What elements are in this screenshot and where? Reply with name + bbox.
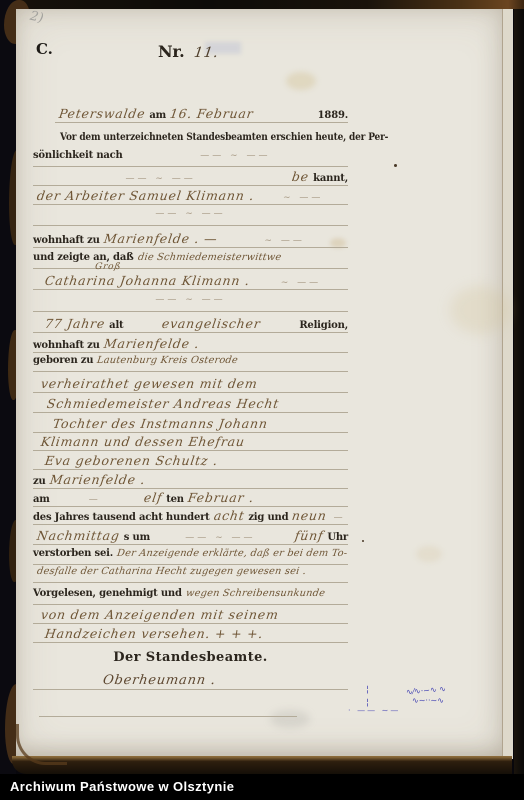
death-date-row: am — elf ten Februar . — [33, 490, 348, 506]
blue-note-underline: · —— ∼— — [348, 706, 400, 715]
intro-line-2: sönlichkeit nach —— ∼ —— — [33, 150, 348, 166]
residence-1: Marienfelde . — — [99, 231, 223, 246]
parents-1: Tochter des Instmanns Johann — [48, 416, 273, 431]
declarant-row: der Arbeiter Samuel Klimann . ∼ —— — [33, 188, 348, 204]
year-tens: acht — [209, 508, 250, 523]
dateline-date: 16. Februar — [165, 106, 259, 121]
marital-row-1: verheirathet gewesen mit dem — [33, 376, 348, 392]
page-edge-crease — [502, 9, 513, 759]
book-bottom-edge — [12, 756, 512, 774]
death-month: Februar . — [183, 490, 259, 505]
record-number-value: 11. — [189, 45, 224, 61]
am-label: am — [33, 494, 50, 505]
registrar-title-row: Der Standesbeamte. — [33, 650, 348, 666]
parents-row-1: Tochter des Instmanns Johann — [33, 416, 348, 432]
form-letter: C. — [36, 40, 53, 58]
wohnhaft-zu-label: wohnhaft zu — [33, 235, 100, 246]
pen-stroke: — — [331, 513, 348, 523]
known-hand: be — [287, 169, 314, 184]
intro-line-1: Vor dem unterzeichneten Standesbeamten e… — [60, 132, 375, 148]
parents-row-2: Klimann und dessen Ehefrau — [33, 434, 348, 450]
registrar-label: Der Standesbeamte. — [113, 650, 267, 665]
blank-row: —— ∼ —— — [33, 295, 348, 311]
religion-value: evangelischer — [157, 316, 266, 331]
pen-stroke: ∼ —— — [258, 193, 348, 203]
ten-label: ten — [166, 494, 184, 505]
age-religion-row: 77 Jahre alt evangelischer Religion, — [33, 316, 348, 332]
ink-speck — [362, 540, 364, 542]
ink-speck — [394, 164, 397, 167]
religion-label: Religion, — [299, 320, 348, 331]
insertion-above-line: Groß — [90, 262, 126, 272]
time-prefix: Nachmittag — [32, 528, 125, 543]
pen-stroke: — — [50, 495, 140, 505]
pen-stroke: —— ∼ —— — [33, 295, 348, 305]
archived-death-record-scan: 2) C. Nr. 11. Peterswalde am 16. Februar… — [0, 0, 524, 800]
witness-statement-2: desfalle der Catharina Hecht zugegen gew… — [32, 566, 311, 577]
pen-stroke: ∼ —— — [221, 236, 348, 246]
marital-status-2: Schmiedemeister Andreas Hecht — [42, 396, 284, 411]
page-right-gap — [514, 9, 524, 774]
age-value: 77 Jahre — [40, 316, 110, 331]
mittags-um-label: s um — [124, 532, 150, 543]
registrar-signature: Oberheumann . — [98, 673, 221, 688]
verstorben-label: verstorben sei. — [33, 548, 113, 559]
year-prefix-label: des Jahres tausend acht hundert — [33, 512, 210, 523]
parents-2: Klimann und dessen Ehefrau — [36, 434, 250, 449]
uhr-label: Uhr — [327, 532, 348, 543]
marital-row-2: Schmiedemeister Andreas Hecht — [33, 396, 348, 412]
deceased-name-row: Catharina Johanna Klimann . ∼ —— — [33, 273, 348, 289]
pen-stroke: —— ∼ —— — [123, 151, 348, 161]
birthplace: Lautenburg Kreis Osterode — [93, 355, 243, 366]
archive-caption: Archiwum Państwowe w Olsztynie — [10, 779, 234, 794]
death-time-row: Nachmittag s um —— ∼ —— fünf Uhr — [33, 528, 348, 544]
year-ones: neun — [287, 508, 332, 523]
parents-row-3: Eva geborenen Schultz . — [33, 453, 348, 469]
book-top-edge — [0, 0, 524, 9]
death-place: Marienfelde . — [45, 472, 151, 487]
deceased-name: Catharina Johanna Klimann . — [40, 273, 255, 288]
marital-status-1: verheirathet gewesen mit dem — [36, 376, 263, 391]
birthplace-row: geboren zu Lautenburg Kreis Osterode — [33, 355, 348, 371]
closing-row-3: Handzeichen versehen. + + +. — [33, 626, 348, 642]
residence-row-2: wohnhaft zu Marienfelde . — [33, 336, 348, 352]
died-row: verstorben sei. Der Anzeigende erklärte,… — [33, 548, 348, 564]
known-row: —— ∼ —— be kannt, — [33, 169, 348, 185]
paper-stain — [416, 546, 442, 562]
record-number-label: Nr. — [158, 42, 185, 61]
dateline-year: 1889. — [318, 110, 348, 121]
archive-caption-bar: Archiwum Państwowe w Olsztynie — [0, 774, 524, 800]
signature-row: Oberheumann . — [33, 673, 348, 689]
trailing-blank-line — [39, 700, 297, 716]
paper-stain — [450, 286, 510, 334]
zu-label: zu — [33, 476, 46, 487]
residence-2: Marienfelde . — [99, 336, 205, 351]
record-number: Nr. 11. — [158, 42, 222, 61]
pen-stroke: —— ∼ —— — [33, 209, 348, 219]
dateline-am-label: am — [149, 110, 166, 121]
dateline-place: Peterswalde — [54, 106, 151, 121]
death-place-row: zu Marienfelde . — [33, 472, 348, 488]
witness-row-2: desfalle der Catharina Hecht zugegen gew… — [33, 566, 348, 582]
witness-statement-1: Der Anzeigende erklärte, daß er bei dem … — [112, 548, 352, 559]
closing-row-2: von dem Anzeigenden mit seinem — [33, 607, 348, 623]
blue-tick-mark: ¦ — [366, 685, 369, 695]
closing-hand-2: von dem Anzeigenden mit seinem — [36, 607, 284, 622]
alt-label: alt — [109, 320, 123, 331]
death-day: elf — [139, 490, 168, 505]
zig-und-label: zig und — [248, 512, 288, 523]
pen-stroke: —— ∼ —— — [150, 533, 291, 543]
wohnhaft-zu-label: wohnhaft zu — [33, 340, 100, 351]
closing-row-1: Vorgelesen, genehmigt und wegen Schreibe… — [33, 588, 348, 604]
announcement-row: und zeigte an, daß die Schmiedemeisterwi… — [33, 252, 348, 268]
closing-hand-1: wegen Schreibensunkunde — [181, 588, 330, 599]
death-hour: fünf — [290, 528, 329, 543]
blank-row: —— ∼ —— — [33, 209, 348, 225]
paper-stain — [286, 72, 316, 90]
declarant-name: der Arbeiter Samuel Klimann . — [32, 188, 259, 203]
known-print: kannt, — [313, 173, 348, 184]
closing-hand-3: Handzeichen versehen. + + +. — [40, 626, 268, 641]
residence-row-1: wohnhaft zu Marienfelde . — ∼ —— — [33, 231, 348, 247]
parents-3: Eva geborenen Schultz . — [40, 453, 223, 468]
death-year-row: des Jahres tausend acht hundert acht zig… — [33, 508, 348, 524]
dateline-row: Peterswalde am 16. Februar 1889. — [55, 106, 348, 122]
pen-stroke: —— ∼ —— — [33, 174, 288, 184]
vorgelesen-label: Vorgelesen, genehmigt und — [33, 588, 182, 599]
geboren-zu-label: geboren zu — [33, 355, 93, 366]
blue-note-line-2: ∿∼··∼∿ — [412, 696, 444, 705]
deceased-status: die Schmiedemeisterwittwe — [133, 252, 286, 263]
pen-stroke: ∼ —— — [254, 278, 348, 288]
